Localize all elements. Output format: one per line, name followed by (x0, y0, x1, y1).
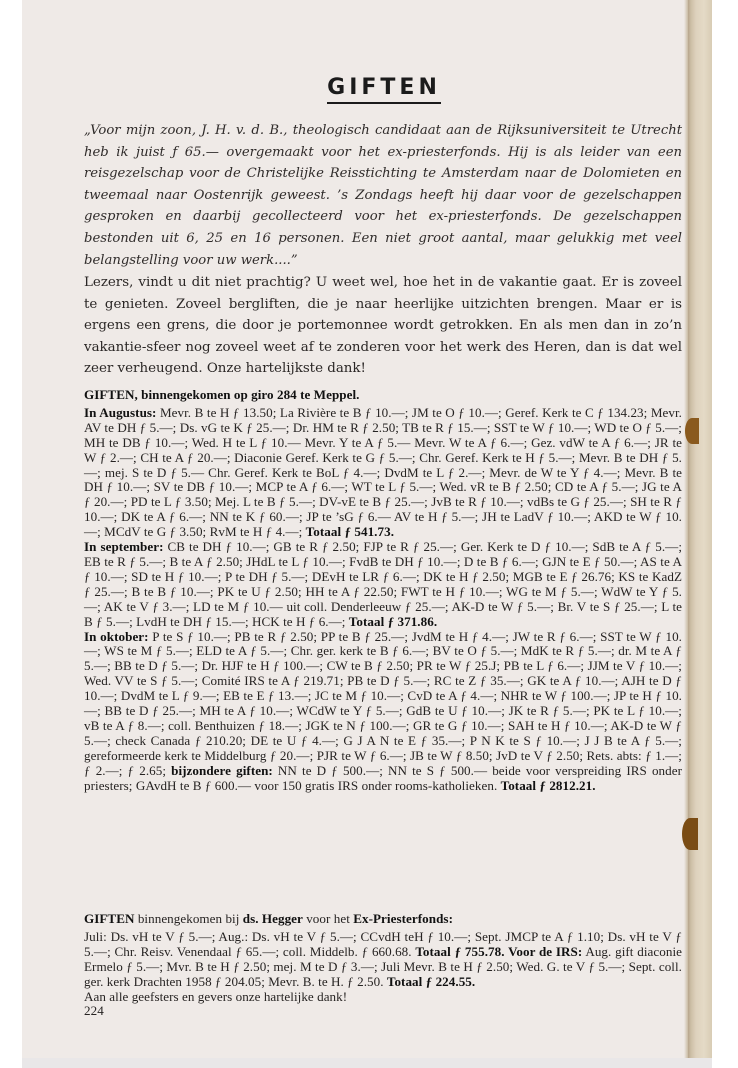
august-text: Mevr. B te H ƒ 13.50; La Rivière te B ƒ … (84, 405, 682, 539)
hegger-section-heading: GIFTEN binnengekomen bij ds. Hegger voor… (84, 912, 682, 927)
ex-priest-fund-total: Totaal ƒ 755.78. (415, 944, 504, 959)
hegger-donations-section: GIFTEN binnengekomen bij ds. Hegger voor… (84, 912, 682, 1019)
page-title-text: GIFTEN (327, 75, 441, 104)
irs-total: Totaal ƒ 224.55. (387, 974, 475, 989)
october-label: In oktober: (84, 629, 149, 644)
hegger-donations-list: Juli: Ds. vH te V ƒ 5.—; Aug.: Ds. vH te… (84, 930, 682, 990)
page-number: 224 (84, 1004, 682, 1019)
august-total: Totaal ƒ 541.73. (306, 524, 394, 539)
intro-quote: „Voor mijn zoon, J. H. v. d. B., theolog… (84, 120, 682, 271)
october-total: Totaal ƒ 2812.21. (501, 778, 596, 793)
august-label: In Augustus: (84, 405, 156, 420)
giro-section-heading: GIFTEN, binnengekomen op giro 284 te Mep… (84, 388, 682, 403)
special-gifts-label: bijzondere giften: (171, 763, 273, 778)
giro-donations-section: GIFTEN, binnengekomen op giro 284 te Mep… (84, 388, 682, 793)
lead-paragraph: Lezers, vindt u dit niet prachtig? U wee… (84, 272, 682, 380)
book-spine (688, 0, 712, 1058)
page-bottom-edge (22, 1058, 712, 1068)
closing-thanks: Aan alle geefsters en gevers onze hartel… (84, 990, 682, 1005)
october-text: P te S ƒ 10.—; PB te R ƒ 2.50; PP te B ƒ… (84, 629, 682, 778)
september-label: In september: (84, 539, 164, 554)
september-total: Totaal ƒ 371.86. (349, 614, 437, 629)
punch-hole-mark (685, 418, 699, 444)
august-donations: In Augustus: Mevr. B te H ƒ 13.50; La Ri… (84, 406, 682, 540)
september-donations: In september: CB te DH ƒ 10.—; GB te R ƒ… (84, 540, 682, 629)
irs-label: Voor de IRS: (505, 944, 583, 959)
page-title: GIFTEN (0, 75, 738, 100)
october-donations: In oktober: P te S ƒ 10.—; PB te R ƒ 2.5… (84, 630, 682, 794)
punch-hole-mark (682, 818, 698, 850)
